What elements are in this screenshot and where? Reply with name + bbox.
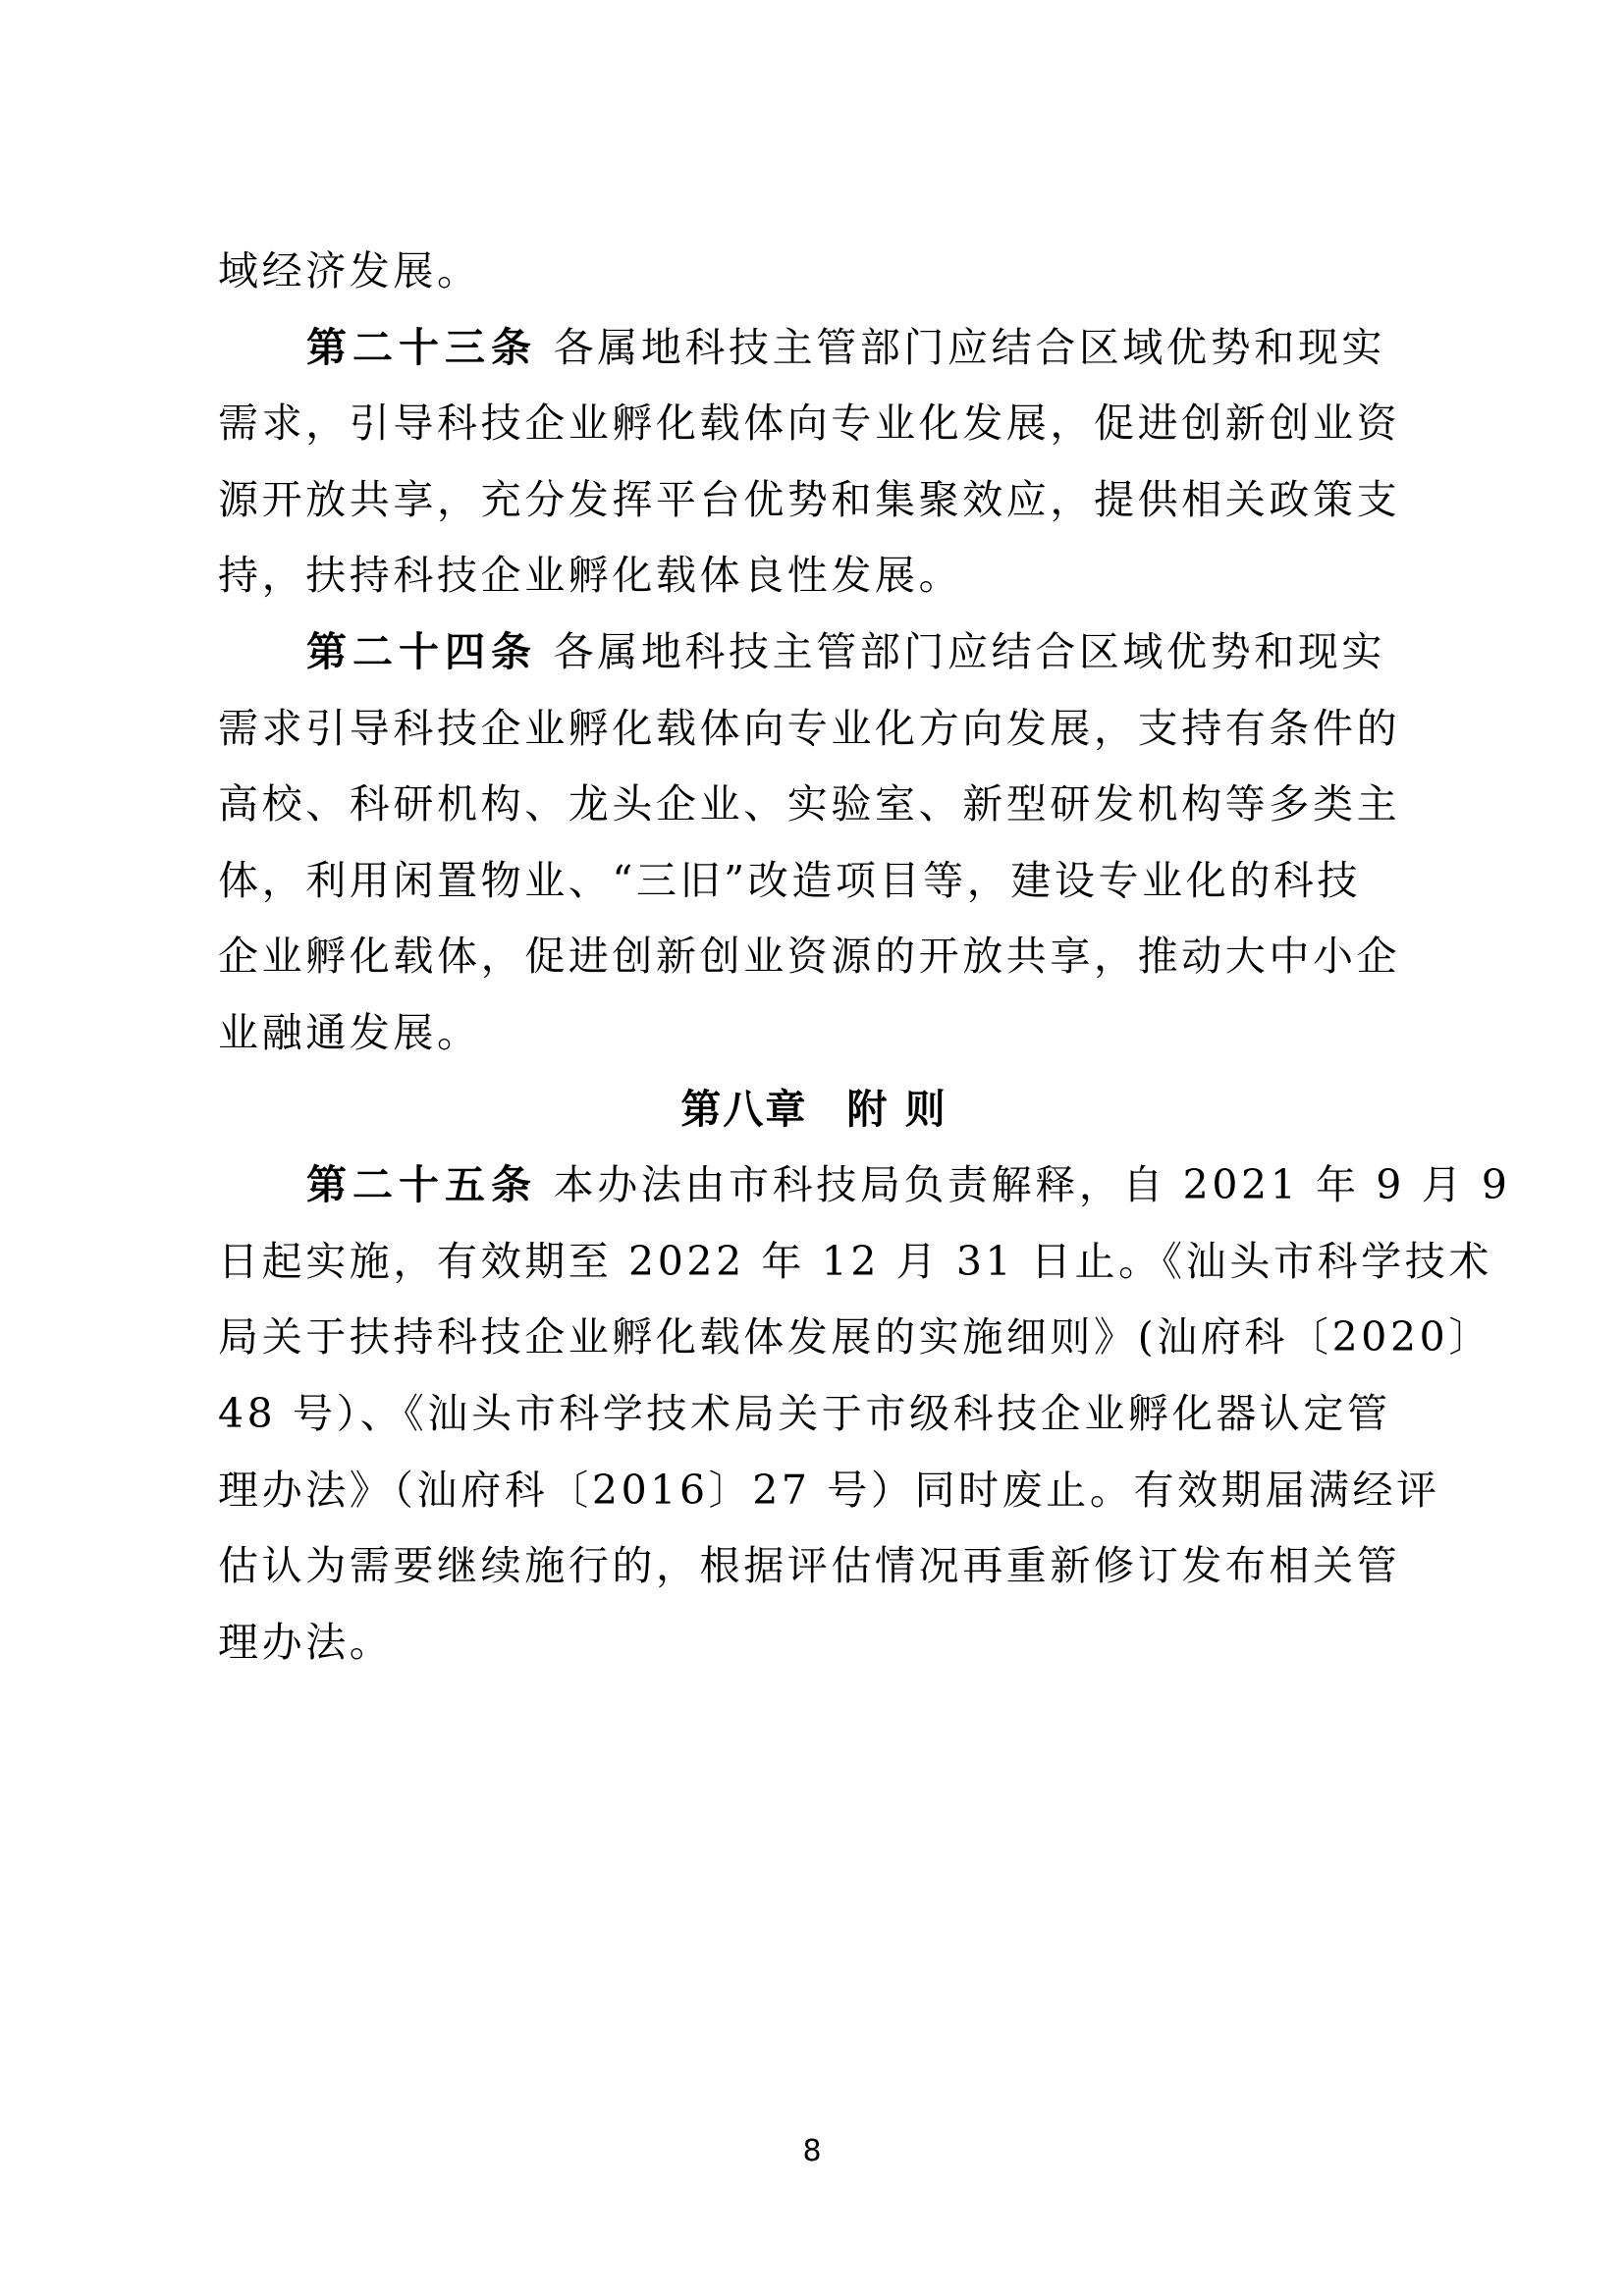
paragraph-line: 持，扶持科技企业孵化载体良性发展。 bbox=[218, 538, 1410, 614]
paragraph-line: 需求引导科技企业孵化载体向专业化方向发展，支持有条件的 bbox=[218, 691, 1410, 768]
line-text: 需求，引导科技企业孵化载体向专业化发展，促进创新创业资 bbox=[218, 400, 1400, 447]
chapter-title: 附 则 bbox=[846, 1086, 947, 1133]
line-text: 理办法》（汕府科〔2016〕27 号）同时废止。有效期届满经评 bbox=[218, 1467, 1440, 1514]
paragraph-line: 估认为需要继续施行的，根据评估情况再重新修订发布相关管 bbox=[218, 1528, 1410, 1605]
paragraph-line: 局关于扶持科技企业孵化载体发展的实施细则》(汕府科〔2020〕 bbox=[218, 1300, 1410, 1376]
paragraph-line: 体，利用闲置物业、“三旧”改造项目等，建设专业化的科技 bbox=[218, 843, 1410, 920]
paragraph-line: 企业孵化载体，促进创新创业资源的开放共享，推动大中小企 bbox=[218, 919, 1410, 995]
article-24-heading-line: 第二十四条 各属地科技主管部门应结合区域优势和现实 bbox=[218, 614, 1410, 691]
chapter-heading: 第八章附 则 bbox=[218, 1072, 1410, 1148]
line-text: 日起实施，有效期至 2022 年 12 月 31 日止。《汕头市科学技术 bbox=[218, 1238, 1492, 1285]
line-text: 企业孵化载体，促进创新创业资源的开放共享，推动大中小企 bbox=[218, 933, 1400, 980]
paragraph-line: 理办法。 bbox=[218, 1605, 1410, 1682]
line-text: 高校、科研机构、龙头企业、实验室、新型研发机构等多类主 bbox=[218, 780, 1400, 828]
line-text: 持，扶持科技企业孵化载体良性发展。 bbox=[218, 552, 962, 599]
paragraph-line: 业融通发展。 bbox=[218, 995, 1410, 1072]
article-label: 第二十三条 bbox=[306, 324, 537, 371]
article-25-heading-line: 第二十五条 本办法由市科技局负责解释，自 2021 年 9 月 9 bbox=[218, 1148, 1410, 1224]
chapter-number: 第八章 bbox=[680, 1086, 807, 1133]
paragraph-line: 理办法》（汕府科〔2016〕27 号）同时废止。有效期届满经评 bbox=[218, 1453, 1410, 1529]
article-label: 第二十五条 bbox=[306, 1161, 537, 1208]
line-text: 48 号）、《汕头市科学技术局关于市级科技企业孵化器认定管 bbox=[218, 1390, 1391, 1437]
article-label: 第二十四条 bbox=[306, 628, 537, 675]
document-body: 域经济发展。 第二十三条 各属地科技主管部门应结合区域优势和现实 需求，引导科技… bbox=[218, 234, 1410, 1681]
line-text: 体，利用闲置物业、“三旧”改造项目等，建设专业化的科技 bbox=[218, 857, 1361, 904]
paragraph-line: 域经济发展。 bbox=[218, 234, 1410, 310]
line-text: 局关于扶持科技企业孵化载体发展的实施细则》(汕府科〔2020〕 bbox=[218, 1313, 1492, 1361]
line-text: 业融通发展。 bbox=[218, 1009, 481, 1056]
line-text: 需求引导科技企业孵化载体向专业化方向发展，支持有条件的 bbox=[218, 705, 1400, 752]
paragraph-line: 需求，引导科技企业孵化载体向专业化发展，促进创新创业资 bbox=[218, 386, 1410, 462]
line-text: 理办法。 bbox=[218, 1619, 393, 1666]
paragraph-line: 高校、科研机构、龙头企业、实验室、新型研发机构等多类主 bbox=[218, 767, 1410, 843]
line-text: 域经济发展。 bbox=[218, 247, 481, 294]
document-page: 域经济发展。 第二十三条 各属地科技主管部门应结合区域优势和现实 需求，引导科技… bbox=[0, 0, 1624, 2296]
paragraph-line: 源开放共享，充分发挥平台优势和集聚效应，提供相关政策支 bbox=[218, 462, 1410, 539]
line-text: 本办法由市科技局负责解释，自 2021 年 9 月 9 bbox=[537, 1161, 1511, 1208]
line-text: 各属地科技主管部门应结合区域优势和现实 bbox=[537, 324, 1385, 371]
paragraph-line: 48 号）、《汕头市科学技术局关于市级科技企业孵化器认定管 bbox=[218, 1376, 1410, 1453]
line-text: 估认为需要继续施行的，根据评估情况再重新修订发布相关管 bbox=[218, 1542, 1400, 1589]
article-23-heading-line: 第二十三条 各属地科技主管部门应结合区域优势和现实 bbox=[218, 310, 1410, 387]
paragraph-line: 日起实施，有效期至 2022 年 12 月 31 日止。《汕头市科学技术 bbox=[218, 1224, 1410, 1301]
line-text: 源开放共享，充分发挥平台优势和集聚效应，提供相关政策支 bbox=[218, 476, 1400, 523]
line-text: 各属地科技主管部门应结合区域优势和现实 bbox=[537, 628, 1385, 675]
page-number: 8 bbox=[0, 2134, 1624, 2168]
